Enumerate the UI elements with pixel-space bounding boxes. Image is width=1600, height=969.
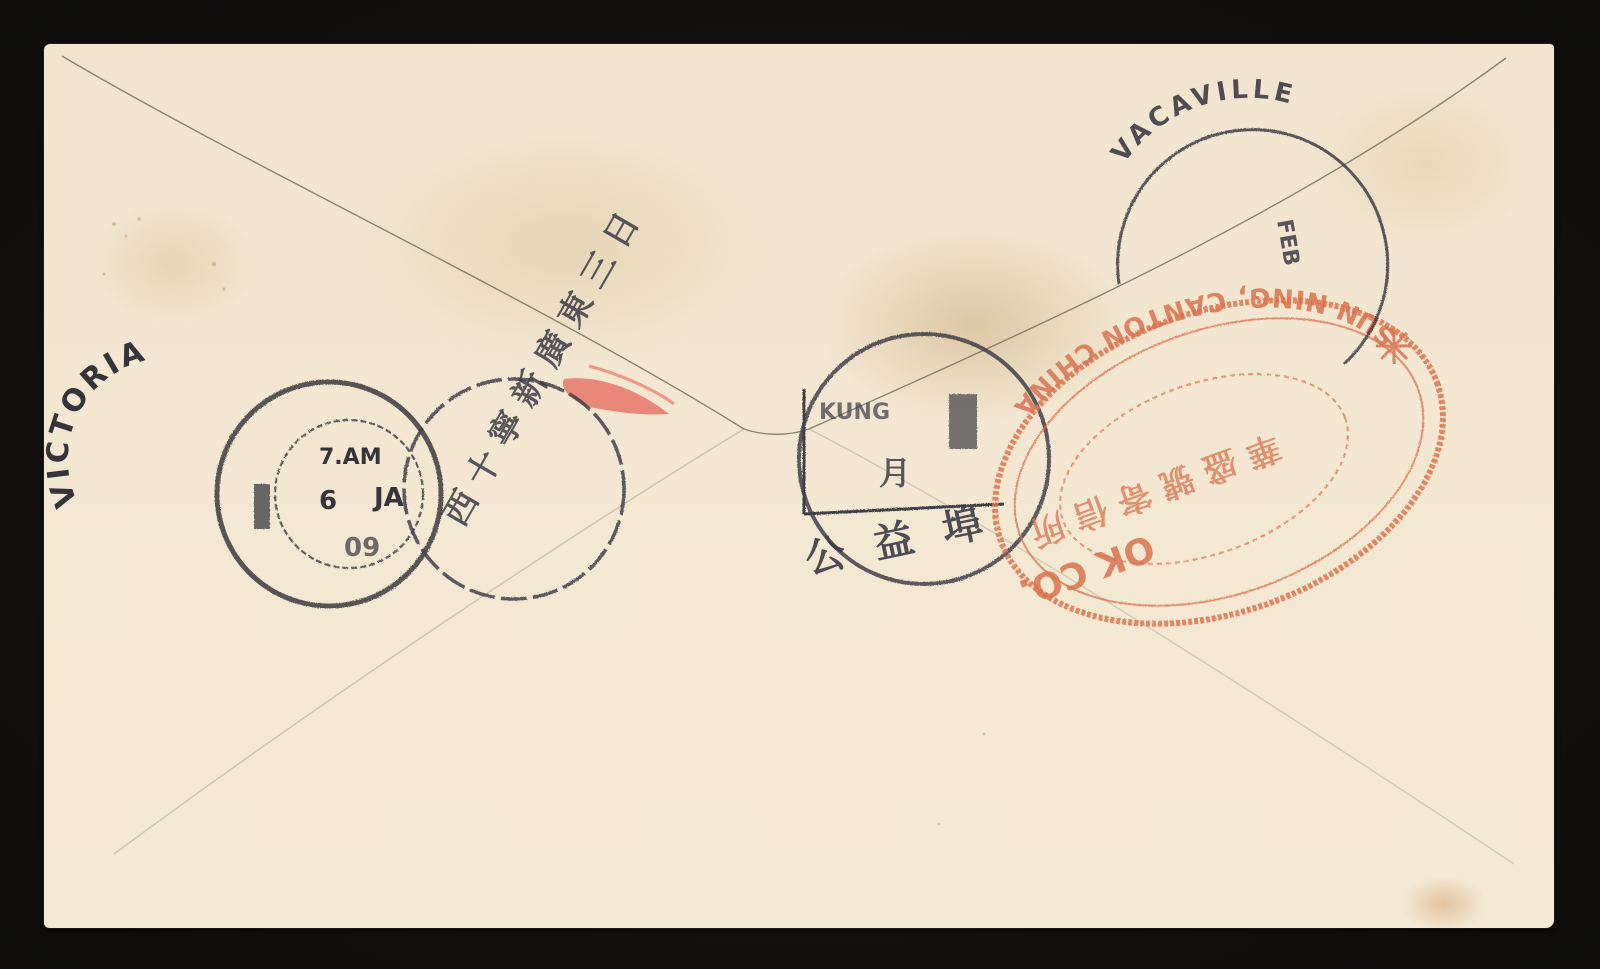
postmark-chinese-left-characters: 西 十 寧 新 廣 東 三 日	[436, 206, 648, 533]
cachet-outer-text: SUN NING, CANTON CHINA	[1007, 281, 1402, 422]
red-ink-smear	[563, 366, 674, 415]
paper-foxing	[103, 217, 986, 825]
envelope-flap-lines	[62, 56, 1514, 864]
postmark-victoria-day: 6	[319, 486, 337, 516]
postmark-victoria-month: JA	[372, 483, 404, 513]
postmark-vacaville-town: VACAVILLE	[1106, 75, 1300, 169]
envelope-back: VICTORIA 7.AM 6 JA 09 西 十 寧 新 廣 東 三 日 KU…	[44, 44, 1554, 928]
postmark-victoria-time: 7.AM	[319, 445, 382, 470]
cachet-chinese-characters: 華 盛 號 寄 信 所	[1025, 425, 1286, 553]
postmark-chinese-center-side: 月	[879, 454, 911, 492]
postmark-chinese-center-top: KUNG	[819, 400, 890, 425]
photo-background: VICTORIA 7.AM 6 JA 09 西 十 寧 新 廣 東 三 日 KU…	[0, 0, 1600, 969]
postmark-vacaville-month: FEB	[1271, 217, 1304, 267]
postmark-victoria-town: VICTORIA	[44, 333, 151, 511]
postmark-victoria-year: 09	[344, 533, 380, 563]
